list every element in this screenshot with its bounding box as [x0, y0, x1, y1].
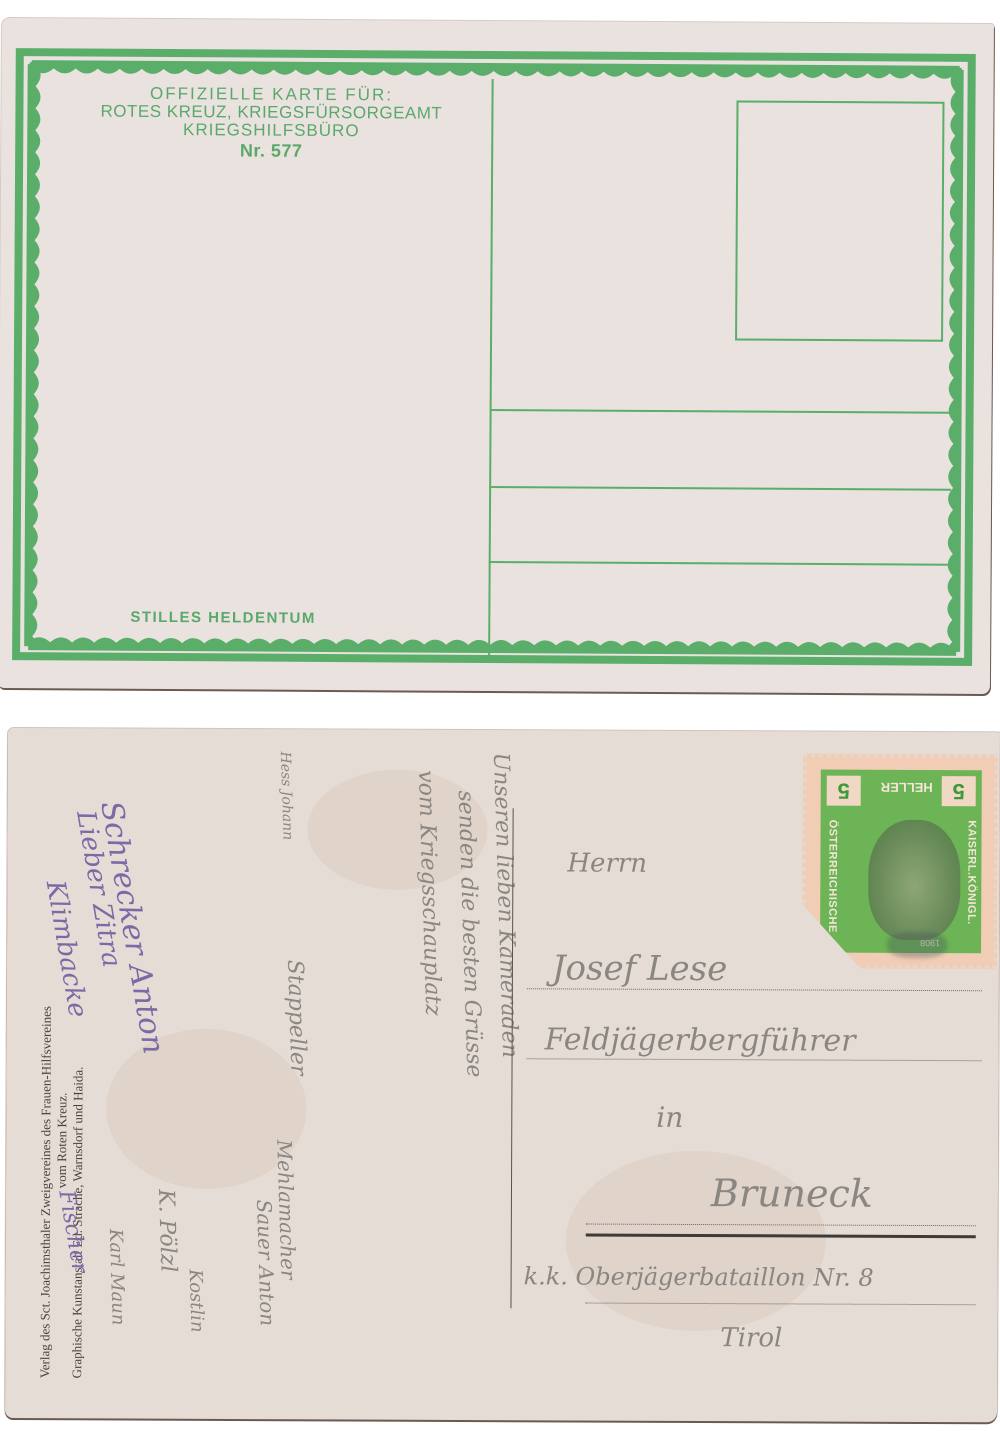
stamp-value: 5 — [827, 776, 861, 806]
card-number: Nr. 577 — [41, 138, 501, 163]
postcard-back: Verlag des Sct. Joachimsthaler Zweigvere… — [5, 728, 1000, 1422]
emperor-portrait-icon — [868, 820, 961, 940]
postmark-icon — [887, 932, 947, 958]
handwriting-signature: Karl Maun — [105, 1229, 129, 1326]
stamp-currency: HELLER — [881, 780, 933, 795]
handwriting-signature: Sauer Anton — [252, 1199, 280, 1326]
stamp-side-text: KAISERL.KÖNIGL. — [965, 820, 977, 925]
handwriting-signature: Hess Johann — [277, 751, 296, 840]
stamp-side-text: ÖSTERREICHISCHE — [826, 820, 838, 933]
postcard-front: OFFIZIELLE KARTE FÜR: ROTES KREUZ, KRIEG… — [0, 18, 994, 694]
stamp-value: 5 — [942, 776, 976, 806]
stamp-placeholder-box — [735, 100, 944, 341]
address-name: Josef Lese — [552, 948, 728, 989]
handwriting-signature: Stappeller — [282, 959, 311, 1076]
address-dotted-line — [527, 1058, 982, 1061]
address-rank: Feldjägerbergführer — [545, 1022, 856, 1058]
address-salutation: Herrn — [567, 848, 647, 878]
address-dotted-line — [527, 988, 982, 991]
handwriting-message: Unseren lieben Kameraden — [488, 752, 522, 1058]
address-city: Bruneck — [711, 1171, 873, 1216]
address-unit: k.k. Oberjägerbataillon Nr. 8 — [524, 1262, 874, 1292]
handwriting-signature: Kostlin — [185, 1269, 208, 1333]
stamp-face: 5 5 HELLER ÖSTERREICHISCHE KAISERL.KÖNIG… — [820, 770, 982, 954]
address-in: in — [656, 1101, 683, 1134]
card-footer: STILLES HELDENTUM — [130, 609, 316, 627]
address-region: Tirol — [720, 1323, 782, 1353]
imprint-line-1: Verlag des Sct. Joachimsthaler Zweigvere… — [37, 778, 56, 1378]
handwriting-signature: K. Pölzl — [153, 1189, 181, 1273]
card-title: OFFIZIELLE KARTE FÜR: ROTES KREUZ, KRIEG… — [41, 83, 501, 163]
